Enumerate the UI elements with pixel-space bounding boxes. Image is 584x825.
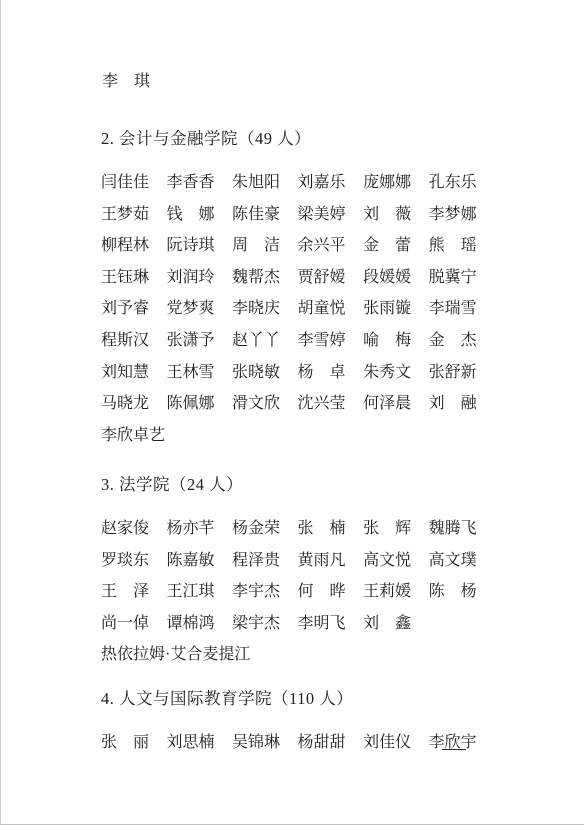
student-name: 沈兴莹 <box>298 395 346 412</box>
student-name: 何泽晨 <box>363 395 411 412</box>
name-row: 罗琰东陈嘉敏程泽贵黄雨凡高文悦高文璞 <box>101 552 554 569</box>
student-name: 陈佳豪 <box>232 206 280 223</box>
student-name: 刘 薇 <box>363 206 411 223</box>
student-name: 热依拉姆·艾合麦提江 <box>101 646 250 663</box>
student-name: 李宇杰 <box>232 583 280 600</box>
name-row: 尚一倬谭棉鸿梁宇杰李明飞刘 鑫 <box>101 615 554 632</box>
student-name: 尚一倬 <box>101 615 149 632</box>
leftover-student-name: 李 琪 <box>102 73 150 90</box>
student-name: 陈嘉敏 <box>167 552 215 569</box>
student-name: 王 泽 <box>101 583 149 600</box>
student-name: 段媛媛 <box>363 269 411 286</box>
section-heading: 4. 人文与国际教育学院（110 人） <box>101 690 554 708</box>
student-name: 刘 融 <box>429 395 477 412</box>
student-name: 周 洁 <box>232 237 280 254</box>
student-name: 张 辉 <box>363 520 411 537</box>
name-row: 热依拉姆·艾合麦提江 <box>101 646 554 663</box>
student-name: 梁宇杰 <box>232 615 280 632</box>
name-row: 刘知慧王林雪张晓敏杨 卓朱秀文张舒新 <box>101 364 554 381</box>
name-row: 王 泽王江琪李宇杰何 晔王莉媛陈 杨 <box>101 583 554 600</box>
student-name: 高文悦 <box>363 552 411 569</box>
student-name: 张 楠 <box>298 520 346 537</box>
student-name: 高文璞 <box>429 552 477 569</box>
student-name: 李雪婷 <box>298 332 346 349</box>
student-name: 金 杰 <box>429 332 477 349</box>
student-name: 孔东乐 <box>429 174 477 191</box>
student-name: 金 蕾 <box>363 237 411 254</box>
section-heading: 3. 法学院（24 人） <box>101 476 554 494</box>
document-page: 李 琪 2. 会计与金融学院（49 人）闫佳佳李香香朱旭阳刘嘉乐庞娜娜孔东乐王梦… <box>0 0 584 825</box>
student-name: 阮诗琪 <box>167 237 215 254</box>
student-name: 庞娜娜 <box>363 174 411 191</box>
student-name: 吴锦琳 <box>232 734 280 751</box>
student-name: 党梦爽 <box>167 300 215 317</box>
student-name: 何 晔 <box>298 583 346 600</box>
student-name: 李瑞雪 <box>429 300 477 317</box>
student-name: 朱旭阳 <box>232 174 280 191</box>
section-4: 4. 人文与国际教育学院（110 人）张 丽刘思楠吴锦琳杨甜甜刘佳仪李欣宇 <box>101 690 554 751</box>
student-name: 罗琰东 <box>101 552 149 569</box>
student-name: 刘润玲 <box>167 269 215 286</box>
name-row: 闫佳佳李香香朱旭阳刘嘉乐庞娜娜孔东乐 <box>101 174 554 191</box>
section-heading: 2. 会计与金融学院（49 人） <box>101 130 554 148</box>
student-name: 陈 杨 <box>429 583 477 600</box>
student-name: 闫佳佳 <box>101 174 149 191</box>
student-name: 王林雪 <box>167 364 215 381</box>
name-row: 刘予睿党梦爽李晓庆胡童悦张雨镟李瑞雪 <box>101 300 554 317</box>
student-name: 柳程林 <box>101 237 149 254</box>
student-name: 杨 卓 <box>298 364 346 381</box>
student-name: 赵丫丫 <box>232 332 280 349</box>
student-name: 李欣宇 <box>429 734 477 751</box>
student-name: 刘思楠 <box>167 734 215 751</box>
student-name: 陈佩娜 <box>167 395 215 412</box>
student-name: 李明飞 <box>298 615 346 632</box>
student-name: 刘嘉乐 <box>298 174 346 191</box>
student-name: 喻 梅 <box>363 332 411 349</box>
student-name: 李香香 <box>167 174 215 191</box>
name-row: 马晓龙陈佩娜滑文欣沈兴莹何泽晨刘 融 <box>101 395 554 412</box>
student-name: 马晓龙 <box>101 395 149 412</box>
student-name: 杨甜甜 <box>298 734 346 751</box>
student-name: 杨金荣 <box>232 520 280 537</box>
name-row: 张 丽刘思楠吴锦琳杨甜甜刘佳仪李欣宇 <box>101 734 554 751</box>
name-row: 王梦茹钱 娜陈佳豪梁美婷刘 薇李梦娜 <box>101 206 554 223</box>
student-name: 王梦茹 <box>101 206 149 223</box>
student-name: 魏帮杰 <box>232 269 280 286</box>
student-name: 张潇予 <box>167 332 215 349</box>
name-row: 王钰琳刘润玲魏帮杰贾舒嫒段媛媛脱冀宁 <box>101 269 554 286</box>
student-name: 张雨镟 <box>363 300 411 317</box>
student-name: 刘佳仪 <box>363 734 411 751</box>
student-name: 赵家俊 <box>101 520 149 537</box>
student-name: 余兴平 <box>298 237 346 254</box>
student-name: 程斯汉 <box>101 332 149 349</box>
student-name: 滑文欣 <box>232 395 280 412</box>
name-row: 赵家俊杨亦芊杨金荣张 楠张 辉魏腾飞 <box>101 520 554 537</box>
student-name: 王江琪 <box>167 583 215 600</box>
student-name: 胡童悦 <box>298 300 346 317</box>
student-name: 魏腾飞 <box>429 520 477 537</box>
student-name: 谭棉鸿 <box>167 615 215 632</box>
student-name: 刘 鑫 <box>363 615 411 632</box>
name-row: 李欣卓艺 <box>101 427 554 444</box>
student-name: 钱 娜 <box>167 206 215 223</box>
name-row: 柳程林阮诗琪周 洁余兴平金 蕾熊 瑶 <box>101 237 554 254</box>
student-name: 张晓敏 <box>232 364 280 381</box>
student-name: 黄雨凡 <box>298 552 346 569</box>
student-name: 朱秀文 <box>363 364 411 381</box>
student-name: 李欣卓艺 <box>101 427 165 444</box>
student-name: 王莉媛 <box>363 583 411 600</box>
student-name: 张舒新 <box>429 364 477 381</box>
student-name: 刘予睿 <box>101 300 149 317</box>
name-row: 程斯汉张潇予赵丫丫李雪婷喻 梅金 杰 <box>101 332 554 349</box>
student-name: 梁美婷 <box>298 206 346 223</box>
student-name: 程泽贵 <box>232 552 280 569</box>
section-3: 3. 法学院（24 人）赵家俊杨亦芊杨金荣张 楠张 辉魏腾飞罗琰东陈嘉敏程泽贵黄… <box>101 476 554 663</box>
student-name: 刘知慧 <box>101 364 149 381</box>
section-2: 2. 会计与金融学院（49 人）闫佳佳李香香朱旭阳刘嘉乐庞娜娜孔东乐王梦茹钱 娜… <box>101 130 554 444</box>
student-name: 贾舒嫒 <box>298 269 346 286</box>
student-name: 熊 瑶 <box>429 237 477 254</box>
student-name: 张 丽 <box>101 734 149 751</box>
student-name: 脱冀宁 <box>429 269 477 286</box>
student-name: 李晓庆 <box>232 300 280 317</box>
student-name: 杨亦芊 <box>167 520 215 537</box>
student-name: 王钰琳 <box>101 269 149 286</box>
student-name: 李梦娜 <box>429 206 477 223</box>
